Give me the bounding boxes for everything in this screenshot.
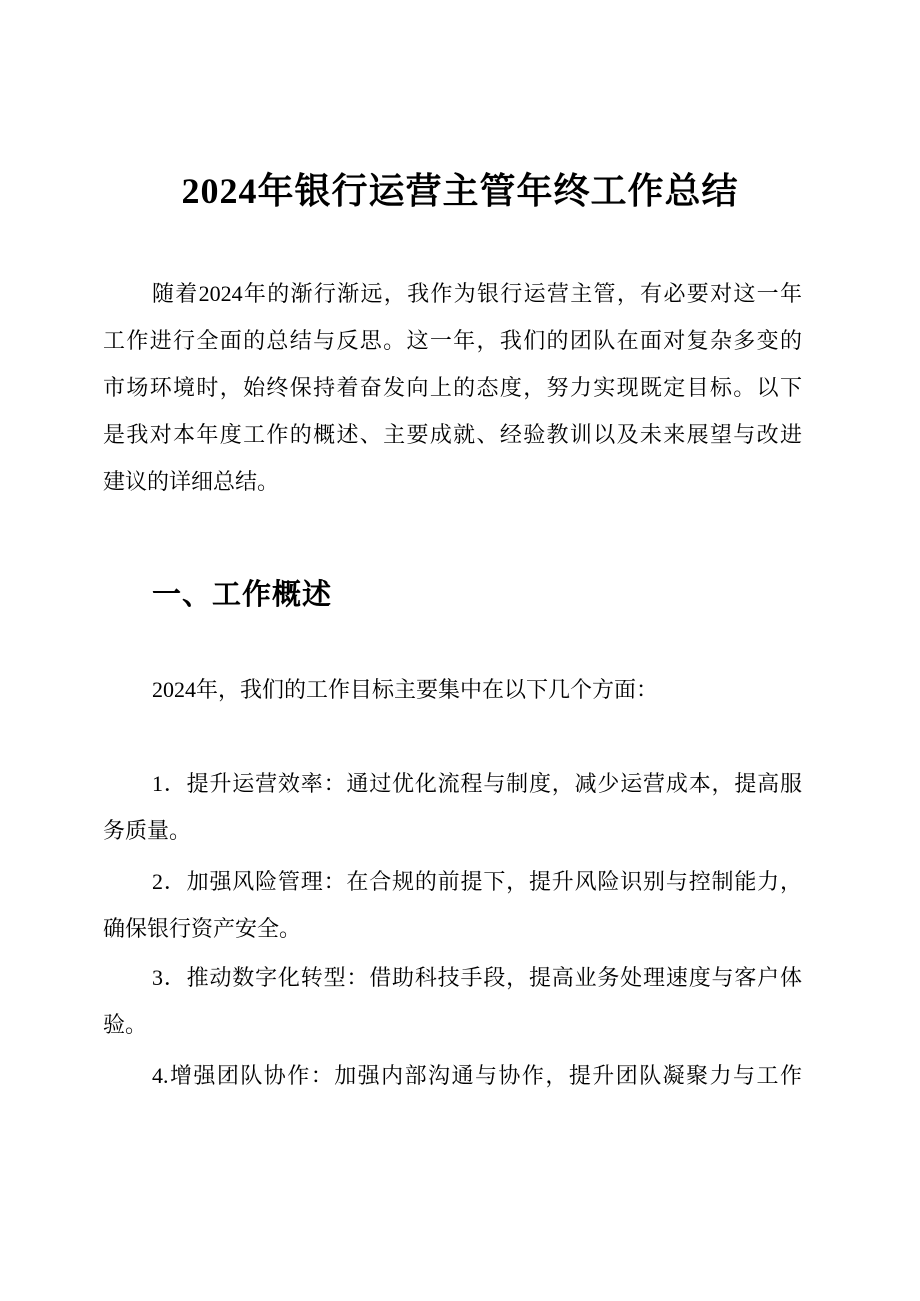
item-1-line-1: 1．提升运营效率：通过优化流程与制度，减少运营成本，提高服 bbox=[103, 760, 802, 807]
list-item-2: 2．加强风险管理：在合规的前提下，提升风险识别与控制能力， 确保银行资产安全。 bbox=[103, 858, 802, 952]
item-1-line-2: 务质量。 bbox=[103, 807, 802, 854]
intro-line-5: 建议的详细总结。 bbox=[103, 458, 802, 505]
intro-line-2: 工作进行全面的总结与反思。这一年，我们的团队在面对复杂多变的 bbox=[103, 317, 802, 364]
intro-line-1: 随着2024年的渐行渐远，我作为银行运营主管，有必要对这一年 bbox=[103, 270, 802, 317]
intro-line-4: 是我对本年度工作的概述、主要成就、经验教训以及未来展望与改进 bbox=[103, 411, 802, 458]
lead-line-1: 2024年，我们的工作目标主要集中在以下几个方面： bbox=[103, 666, 802, 713]
document-page: 2024年银行运营主管年终工作总结 随着2024年的渐行渐远，我作为银行运营主管… bbox=[0, 0, 920, 1301]
list-item-4: 4.增强团队协作：加强内部沟通与协作，提升团队凝聚力与工作 bbox=[103, 1052, 802, 1099]
item-3-line-1: 3．推动数字化转型：借助科技手段，提高业务处理速度与客户体 bbox=[103, 954, 802, 1001]
item-4-line-1: 4.增强团队协作：加强内部沟通与协作，提升团队凝聚力与工作 bbox=[103, 1052, 802, 1099]
intro-paragraph: 随着2024年的渐行渐远，我作为银行运营主管，有必要对这一年 工作进行全面的总结… bbox=[103, 270, 802, 505]
section-1-lead-paragraph: 2024年，我们的工作目标主要集中在以下几个方面： bbox=[103, 666, 802, 713]
list-item-3: 3．推动数字化转型：借助科技手段，提高业务处理速度与客户体 验。 bbox=[103, 954, 802, 1048]
item-2-line-2: 确保银行资产安全。 bbox=[103, 905, 802, 952]
document-title: 2024年银行运营主管年终工作总结 bbox=[0, 170, 920, 212]
item-2-line-1: 2．加强风险管理：在合规的前提下，提升风险识别与控制能力， bbox=[103, 858, 802, 905]
intro-line-3: 市场环境时，始终保持着奋发向上的态度，努力实现既定目标。以下 bbox=[103, 364, 802, 411]
item-3-line-2: 验。 bbox=[103, 1001, 802, 1048]
section-1-heading: 一、工作概述 bbox=[152, 576, 332, 614]
list-item-1: 1．提升运营效率：通过优化流程与制度，减少运营成本，提高服 务质量。 bbox=[103, 760, 802, 854]
